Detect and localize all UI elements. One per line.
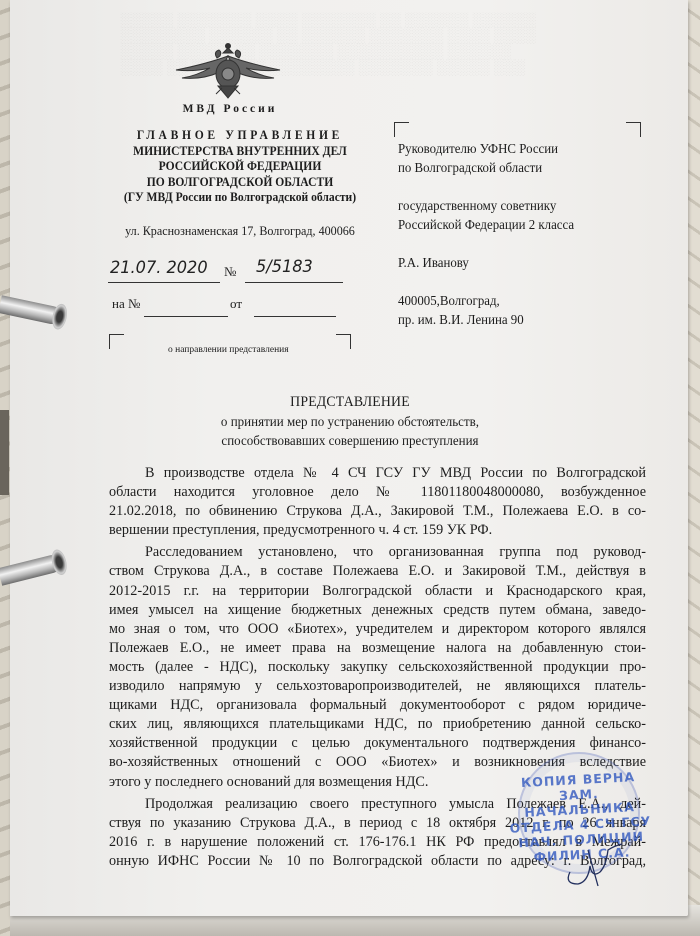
recipient-line: по Волгоградской области	[398, 159, 646, 178]
subject-corner-left	[109, 334, 124, 349]
body-line: вершении преступления, предусмотренного …	[109, 521, 646, 540]
org-line: ГЛАВНОЕ УПРАВЛЕНИЕ	[107, 128, 374, 144]
recipient-address: 400005,Волгоград,	[398, 292, 646, 311]
number-underline	[245, 282, 343, 283]
body-paragraph: В производстве отдела № 4 СЧ ГСУ ГУ МВД …	[109, 464, 646, 540]
date-underline	[108, 282, 220, 283]
subtitle-line: о принятии мер по устранению обстоятельс…	[25, 413, 676, 432]
body-line: 21.02.2018, по обвинению Струкова Д.А., …	[109, 502, 646, 521]
body-line: ских лиц, являющихся плательщиками НДС, …	[109, 715, 646, 734]
body-line: имея умысел на хищение бюджетных денежны…	[109, 601, 646, 620]
body-line: мо зная о том, что ООО «Биотех», учредит…	[109, 620, 646, 639]
org-address: ул. Краснознаменская 17, Волгоград, 4000…	[105, 223, 375, 239]
recipient-name: Р.А. Иванову	[398, 254, 646, 273]
binder-mechanism	[0, 410, 9, 495]
handwritten-date: 21.07. 2020	[110, 258, 208, 278]
recipient-block: Руководителю УФНС России по Волгоградско…	[398, 140, 646, 330]
folder-pattern-edge	[688, 0, 700, 936]
document-subtitle: о принятии мер по устранению обстоятельс…	[25, 413, 676, 451]
body-line: области находится уголовное дело № 11801…	[109, 483, 646, 502]
body-line: хозяйственной продукции с целью документ…	[109, 734, 646, 753]
document-title: ПРЕДСТАВЛЕНИЕ	[28, 394, 672, 411]
subject-corner-right	[336, 334, 351, 349]
body-line: 2012-2015 г.г. на территории Волгоградск…	[109, 582, 646, 601]
body-line: Полежаев Е.О., не имеет права на возмеще…	[109, 639, 646, 658]
org-header: ГЛАВНОЕ УПРАВЛЕНИЕ МИНИСТЕРСТВА ВНУТРЕНН…	[107, 128, 374, 206]
body-line: мость (далее - НДС), поскольку закупку с…	[109, 658, 646, 677]
org-line: ПО ВОЛГОГРАДСКОЙ ОБЛАСТИ	[107, 175, 374, 191]
body-line: В производстве отдела № 4 СЧ ГСУ ГУ МВД …	[109, 464, 646, 483]
double-headed-eagle-emblem-icon	[172, 40, 284, 132]
org-short-name: МВД России	[160, 103, 300, 115]
recipient-line: Руководителю УФНС России	[398, 140, 646, 159]
reply-to-label: на №	[112, 296, 140, 312]
number-sign: №	[224, 264, 236, 280]
recipient-corner-right	[626, 122, 641, 137]
org-line: (ГУ МВД России по Волгоградской области)	[107, 190, 374, 206]
body-line: Расследованием установлено, что организо…	[109, 543, 646, 562]
recipient-line: Российской Федерации 2 класса	[398, 216, 646, 235]
recipient-address: пр. им. В.И. Ленина 90	[398, 311, 646, 330]
body-line: ством Струкова Д.А., в составе Полежаева…	[109, 562, 646, 581]
body-line: щиками НДС, организовала формальный доку…	[109, 696, 646, 715]
reply-number-underline	[144, 316, 228, 317]
handwritten-number: 5/5183	[256, 257, 313, 277]
reply-date-underline	[254, 316, 336, 317]
subtitle-line: способствовавших совершению преступления	[25, 432, 676, 451]
signature-icon	[560, 842, 630, 887]
body-line: изводило напрямую у сельхозтоваропроизво…	[109, 677, 646, 696]
from-label: от	[230, 296, 242, 312]
recipient-line: государственному советнику	[398, 197, 646, 216]
recipient-corner-left	[394, 122, 409, 137]
org-line: РОССИЙСКОЙ ФЕДЕРАЦИИ	[107, 159, 374, 175]
org-line: МИНИСТЕРСТВА ВНУТРЕННИХ ДЕЛ	[107, 144, 374, 160]
subject-line: о направлении представления	[168, 345, 289, 355]
